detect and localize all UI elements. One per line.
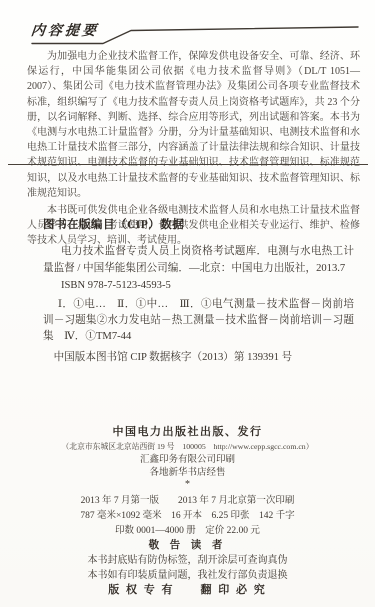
- section-divider-rule: [8, 164, 368, 165]
- publisher-address-line: （北京市东城区北京站西街 19 号 100005 http://www.cepp…: [0, 440, 375, 454]
- reader-notice-heading: 敬 告 读 者: [0, 539, 375, 553]
- printer-line: 汇鑫印务有限公司印刷: [0, 454, 375, 467]
- cip-heading: 图书在版编目（CIP）数据: [43, 216, 354, 232]
- content-summary-section: 内容提要 为加强电力企业技术监督工作，保障发供电设备安全、可靠、经济、环保运行，…: [27, 20, 360, 249]
- cip-data-section: 图书在版编目（CIP）数据 电力技术监督专责人员上岗资格考试题库．电测与水电热工…: [43, 216, 354, 366]
- publisher-line: 中国电力出版社出版、发行: [0, 424, 375, 440]
- reader-notice-line-1: 本书封底贴有防伪标签，刮开涂层可查询真伪: [0, 553, 375, 568]
- content-summary-title: 内容提要: [30, 20, 100, 40]
- content-summary-header: 内容提要: [27, 20, 360, 47]
- summary-paragraph-1: 为加强电力企业技术监督工作，保障发供电设备安全、可靠、经济、环保运行，中国华能集…: [27, 49, 360, 201]
- distributor-line: 各地新华书店经售: [0, 467, 375, 480]
- copyright-statement: 版 权 专 有 翻 印 必 究: [0, 583, 375, 598]
- edition-line: 2013 年 7 月第一版 2013 年 7 月北京第一次印刷: [0, 494, 375, 509]
- print-run-price-line: 印数 0001—4000 册 定价 22.00 元: [0, 524, 375, 539]
- format-line: 787 毫米×1092 毫米 16 开本 6.25 印张 142 千字: [0, 509, 375, 525]
- cip-classification: Ⅰ．①电… Ⅱ．①中… Ⅲ．①电气测量－技术监督－岗前培训－习题集②水力发电站－…: [43, 297, 354, 345]
- cip-entry: 电力技术监督专责人员上岗资格考试题库．电测与水电热工计量监督 / 中国华能集团公…: [43, 244, 354, 278]
- cip-record-number: 中国版本图书馆 CIP 数据核字（2013）第 139391 号: [43, 350, 354, 366]
- star-divider: *: [0, 480, 375, 490]
- reader-notice-section: 敬 告 读 者 本书封底贴有防伪标签，刮开涂层可查询真伪 本书如有印装质量问题，…: [0, 539, 375, 598]
- book-copyright-page: 内容提要 为加强电力企业技术监督工作，保障发供电设备安全、可靠、经济、环保运行，…: [0, 0, 375, 607]
- cip-isbn: ISBN 978-7-5123-4593-5: [43, 278, 354, 295]
- publication-info-section: 中国电力出版社出版、发行 （北京市东城区北京站西街 19 号 100005 ht…: [0, 424, 375, 539]
- reader-notice-line-2: 本书如有印装质量问题，我社发行部负责退换: [0, 568, 375, 583]
